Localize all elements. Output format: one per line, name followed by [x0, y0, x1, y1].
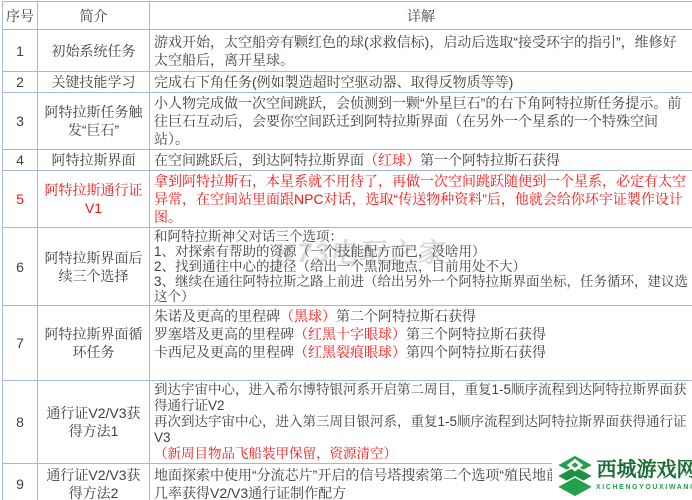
text-segment: 和阿特拉斯神父对话三个选项：: [154, 229, 343, 244]
text-segment: 朱诺及更高的里程碑: [154, 308, 280, 324]
table-row: 3阿特拉斯任务触发“巨石”小人物完成做一次空间跳跃，会侦测到一颗“外星巨石”的右…: [3, 93, 692, 150]
detail-line: 在空间跳跃后，到达阿特拉斯界面（红球）第一个阿特拉斯石获得: [154, 151, 690, 169]
text-segment: （新周目物品飞船装甲保留，资源清空）: [154, 446, 397, 461]
text-segment: （黑球）: [280, 308, 336, 324]
text-segment: 第四个阿特拉斯石获得: [406, 344, 546, 360]
row-number-cell: 8: [3, 381, 38, 464]
table-row: 7阿特拉斯界面循环任务朱诺及更高的里程碑（黑球）第二个阿特拉斯石获得罗塞塔及更高…: [3, 306, 692, 381]
page: 序号 简介 详解 1初始系统任务游戏开始，太空船旁有颗红色的球(求救信标)，启动…: [0, 0, 692, 500]
table-row: 5阿特拉斯通行证V1拿到阿特拉斯石，本星系就不用待了，再做一次空间跳跃随便到一个…: [3, 171, 692, 228]
detail-line: 罗塞塔及更高的里程碑（红黑十字眼球）第三个阿特拉斯石获得: [154, 325, 690, 343]
text-segment: 3、继续在通往阿特拉斯之路上前进（给出另外一个阿特拉斯界面坐标，任务循环，建议选…: [154, 274, 688, 304]
text-segment: 第三个阿特拉斯石获得: [406, 326, 546, 342]
header-row: 序号 简介 详解: [3, 2, 692, 30]
detail-cell: 拿到阿特拉斯石，本星系就不用待了，再做一次空间跳跃随便到一个星系，必定有太空异常…: [150, 171, 692, 228]
text-segment: 罗塞塔及更高的里程碑: [154, 326, 294, 342]
text-segment: 到达宇宙中心，进入希尔博特银河系开启第二周目，重复1-5顺序流程到达阿特拉斯界面…: [154, 382, 687, 413]
text-segment: 再次到达宇宙中心，进入第三周目银河系，重复1-5顺序流程到达阿特拉斯界面获得通行…: [154, 414, 687, 445]
row-number-cell: 2: [3, 72, 38, 93]
text-segment: （红黑十字眼球）: [294, 326, 406, 342]
guide-table: 序号 简介 详解 1初始系统任务游戏开始，太空船旁有颗红色的球(求救信标)，启动…: [2, 1, 692, 500]
text-segment: 2、找到通往中心的捷径（给出一个黑洞地点，目前用处不大）: [154, 259, 526, 274]
summary-cell: 通行证V2/V3获得方法2: [38, 464, 150, 500]
detail-line: 到达宇宙中心，进入希尔博特银河系开启第二周目，重复1-5顺序流程到达阿特拉斯界面…: [154, 382, 690, 414]
text-segment: 完成右下角任务(例如製造超时空驱动器、取得反物质等等): [154, 74, 513, 90]
text-segment: 小人物完成做一次空间跳跃，会侦测到一颗“外星巨石”的右下角阿特拉斯任务提示。前往…: [154, 95, 681, 147]
detail-line: 拿到阿特拉斯石，本星系就不用待了，再做一次空间跳跃随便到一个星系，必定有太空异常…: [154, 172, 690, 226]
site-watermark: 西城游戏网 XICHENGYOUXIWANG: [552, 452, 692, 500]
text-segment: 第一个阿特拉斯石获得: [420, 152, 560, 168]
summary-cell: 阿特拉斯界面循环任务: [38, 306, 150, 381]
layers-logo-icon: [555, 454, 595, 498]
detail-line: 1、对探索有帮助的资源（一个技能配方而已，没啥用）: [154, 244, 690, 259]
detail-line: 游戏开始，太空船旁有颗红色的球(求救信标)，启动后选取“接受环宇的指引”，维修好…: [154, 33, 690, 69]
text-segment: 1、对探索有帮助的资源（一个技能配方而已，没啥用）: [154, 244, 486, 259]
summary-cell: 关键技能学习: [38, 72, 150, 93]
row-number-cell: 9: [3, 464, 38, 500]
text-segment: 第二个阿特拉斯石获得: [336, 308, 476, 324]
detail-line: 卡西尼及更高的里程碑（红黑裂痕眼球）第四个阿特拉斯石获得: [154, 343, 690, 361]
row-number-cell: 6: [3, 228, 38, 306]
row-number-cell: 7: [3, 306, 38, 381]
detail-cell: 朱诺及更高的里程碑（黑球）第二个阿特拉斯石获得罗塞塔及更高的里程碑（红黑十字眼球…: [150, 306, 692, 381]
text-segment: （红黑裂痕眼球）: [294, 344, 406, 360]
row-number-cell: 3: [3, 93, 38, 150]
text-segment: 卡西尼及更高的里程碑: [154, 344, 294, 360]
summary-cell: 初始系统任务: [38, 30, 150, 72]
column-header-number: 序号: [3, 2, 38, 30]
site-name: 西城游戏网: [597, 459, 692, 481]
detail-cell: 完成右下角任务(例如製造超时空驱动器、取得反物质等等): [150, 72, 692, 93]
detail-line: 3、继续在通往阿特拉斯之路上前进（给出另外一个阿特拉斯界面坐标，任务循环，建议选…: [154, 274, 690, 304]
text-segment: 地面探索中使用“分流芯片”开启的信号塔搜索第二个选项“殖民地前哨基站”破: [154, 467, 621, 483]
detail-line: [154, 361, 690, 379]
summary-cell: 阿特拉斯任务触发“巨石”: [38, 93, 150, 150]
column-header-detail: 详解: [150, 2, 692, 30]
detail-cell: 和阿特拉斯神父对话三个选项：1、对探索有帮助的资源（一个技能配方而已，没啥用）2…: [150, 228, 692, 306]
site-subtitle: XICHENGYOUXIWANG: [596, 483, 692, 492]
summary-cell: 阿特拉斯界面后续三个选择: [38, 228, 150, 306]
text-segment: （红球）: [364, 152, 420, 168]
guide-table-body: 1初始系统任务游戏开始，太空船旁有颗红色的球(求救信标)，启动后选取“接受环宇的…: [3, 30, 692, 500]
detail-cell: 在空间跳跃后，到达阿特拉斯界面（红球）第一个阿特拉斯石获得: [150, 150, 692, 171]
summary-cell: 阿特拉斯界面: [38, 150, 150, 171]
table-row: 6阿特拉斯界面后续三个选择和阿特拉斯神父对话三个选项：1、对探索有帮助的资源（一…: [3, 228, 692, 306]
detail-line: 和阿特拉斯神父对话三个选项：: [154, 229, 690, 244]
detail-cell: 小人物完成做一次空间跳跃，会侦测到一颗“外星巨石”的右下角阿特拉斯任务提示。前往…: [150, 93, 692, 150]
row-number-cell: 5: [3, 171, 38, 228]
summary-cell: 通行证V2/V3获得方法1: [38, 381, 150, 464]
detail-line: 2、找到通往中心的捷径（给出一个黑洞地点，目前用处不大）: [154, 259, 690, 274]
table-row: 4阿特拉斯界面在空间跳跃后，到达阿特拉斯界面（红球）第一个阿特拉斯石获得: [3, 150, 692, 171]
summary-cell: 阿特拉斯通行证V1: [38, 171, 150, 228]
row-number-cell: 1: [3, 30, 38, 72]
text-segment: 在空间跳跃后，到达阿特拉斯界面: [154, 152, 364, 168]
site-watermark-text: 西城游戏网 XICHENGYOUXIWANG: [596, 459, 692, 492]
detail-line: 完成右下角任务(例如製造超时空驱动器、取得反物质等等): [154, 73, 690, 91]
table-row: 2关键技能学习完成右下角任务(例如製造超时空驱动器、取得反物质等等): [3, 72, 692, 93]
text-segment: 游戏开始，太空船旁有颗红色的球(求救信标)，启动后选取“接受环宇的指引”，维修好…: [154, 34, 677, 68]
detail-line: 朱诺及更高的里程碑（黑球）第二个阿特拉斯石获得: [154, 307, 690, 325]
table-row: 1初始系统任务游戏开始，太空船旁有颗红色的球(求救信标)，启动后选取“接受环宇的…: [3, 30, 692, 72]
column-header-summary: 简介: [38, 2, 150, 30]
detail-line: 小人物完成做一次空间跳跃，会侦测到一颗“外星巨石”的右下角阿特拉斯任务提示。前往…: [154, 94, 690, 148]
detail-cell: 游戏开始，太空船旁有颗红色的球(求救信标)，启动后选取“接受环宇的指引”，维修好…: [150, 30, 692, 72]
detail-line: 再次到达宇宙中心，进入第三周目银河系，重复1-5顺序流程到达阿特拉斯界面获得通行…: [154, 414, 690, 446]
row-number-cell: 4: [3, 150, 38, 171]
text-segment: 拿到阿特拉斯石，本星系就不用待了，再做一次空间跳跃随便到一个星系，必定有太空异常…: [154, 173, 686, 225]
